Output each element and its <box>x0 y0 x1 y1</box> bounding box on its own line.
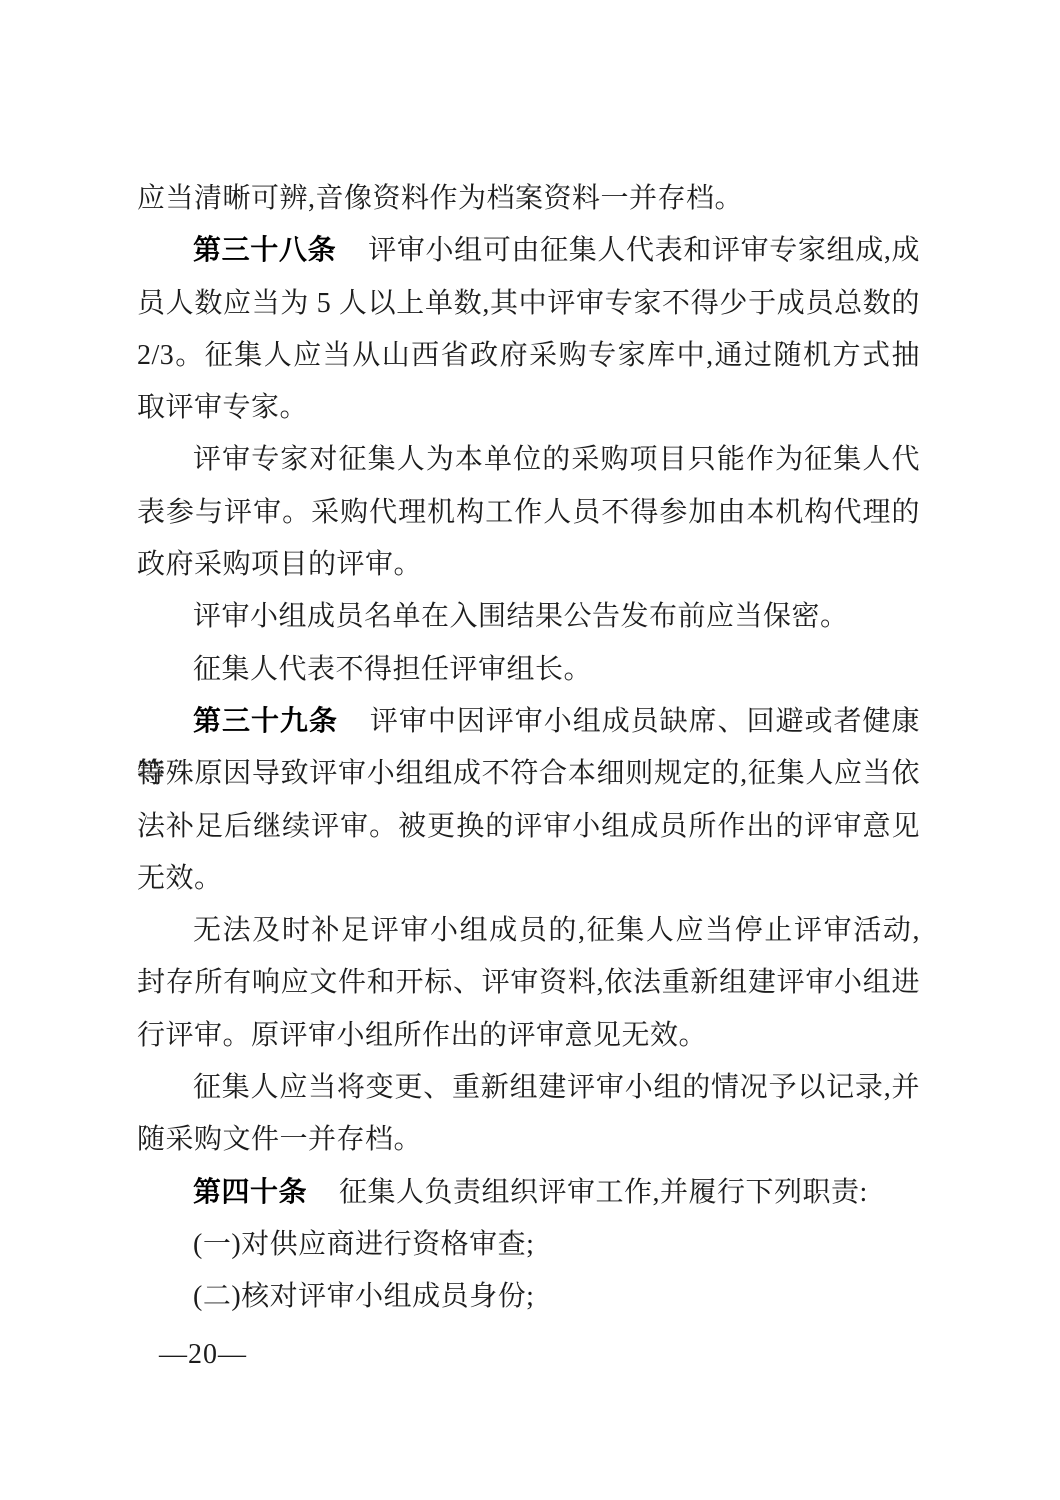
text-line: 随采购文件一并存档。 <box>137 1114 920 1166</box>
line-text: 征集人应当将变更、重新组建评审小组的情况予以记录,并 <box>193 1072 920 1103</box>
text-line: 行评审。原评审小组所作出的评审意见无效。 <box>137 1010 920 1062</box>
text-line: 无效。 <box>137 853 920 905</box>
text-line: 2/3。征集人应当从山西省政府采购专家库中,通过随机方式抽 <box>137 330 920 382</box>
line-text: 无效。 <box>137 863 223 894</box>
article-heading-line: 第三十九条评审中因评审小组成员缺席、回避或者健康等 <box>137 696 920 748</box>
line-text: 行评审。原评审小组所作出的评审意见无效。 <box>137 1020 707 1051</box>
line-text: 法补足后继续评审。被更换的评审小组成员所作出的评审意见 <box>137 811 920 842</box>
line-text: 应当清晰可辨,音像资料作为档案资料一并存档。 <box>137 183 743 214</box>
line-text: 无法及时补足评审小组成员的,征集人应当停止评审活动, <box>193 915 920 946</box>
text-line: 无法及时补足评审小组成员的,征集人应当停止评审活动, <box>137 905 920 957</box>
article-number: 第三十八条 <box>193 235 336 266</box>
text-line: 应当清晰可辨,音像资料作为档案资料一并存档。 <box>137 173 920 225</box>
line-text: 表参与评审。采购代理机构工作人员不得参加由本机构代理的 <box>137 497 920 528</box>
text-line: 征集人代表不得担任评审组长。 <box>137 644 920 696</box>
line-text: 员人数应当为 5 人以上单数,其中评审专家不得少于成员总数的 <box>137 288 920 319</box>
text-line: 法补足后继续评审。被更换的评审小组成员所作出的评审意见 <box>137 801 920 853</box>
text-line: 政府采购项目的评审。 <box>137 539 920 591</box>
text-line: 评审小组成员名单在入围结果公告发布前应当保密。 <box>137 591 920 643</box>
page-number: —20— <box>159 1340 247 1370</box>
article-heading-line: 第四十条征集人负责组织评审工作,并履行下列职责: <box>137 1167 920 1219</box>
document-page: 应当清晰可辨,音像资料作为档案资料一并存档。第三十八条评审小组可由征集人代表和评… <box>0 0 1060 1500</box>
article-number: 第三十九条 <box>193 706 338 737</box>
article-heading-line: 第三十八条评审小组可由征集人代表和评审专家组成,成 <box>137 225 920 277</box>
line-text: (一)对供应商进行资格审查; <box>193 1229 534 1260</box>
text-line: 取评审专家。 <box>137 382 920 434</box>
line-text: 封存所有响应文件和开标、评审资料,依法重新组建评审小组进 <box>137 967 920 998</box>
text-line: 评审专家对征集人为本单位的采购项目只能作为征集人代 <box>137 434 920 486</box>
article-number: 第四十条 <box>193 1177 307 1208</box>
text-line: (一)对供应商进行资格审查; <box>137 1219 920 1271</box>
text-line: (二)核对评审小组成员身份; <box>137 1271 920 1323</box>
text-line: 封存所有响应文件和开标、评审资料,依法重新组建评审小组进 <box>137 957 920 1009</box>
line-text: (二)核对评审小组成员身份; <box>193 1281 534 1312</box>
line-text: 评审小组可由征集人代表和评审专家组成,成 <box>368 235 920 266</box>
text-line: 表参与评审。采购代理机构工作人员不得参加由本机构代理的 <box>137 487 920 539</box>
line-text: 随采购文件一并存档。 <box>137 1124 422 1155</box>
text-line: 征集人应当将变更、重新组建评审小组的情况予以记录,并 <box>137 1062 920 1114</box>
line-text: 评审专家对征集人为本单位的采购项目只能作为征集人代 <box>193 444 920 475</box>
line-text: 2/3。征集人应当从山西省政府采购专家库中,通过随机方式抽 <box>137 340 920 371</box>
line-text: 征集人负责组织评审工作,并履行下列职责: <box>339 1177 868 1208</box>
document-body: 应当清晰可辨,音像资料作为档案资料一并存档。第三十八条评审小组可由征集人代表和评… <box>137 173 920 1324</box>
line-text: 评审小组成员名单在入围结果公告发布前应当保密。 <box>193 601 849 632</box>
line-text: 取评审专家。 <box>137 392 308 423</box>
line-text: 征集人代表不得担任评审组长。 <box>193 654 592 685</box>
text-line: 员人数应当为 5 人以上单数,其中评审专家不得少于成员总数的 <box>137 278 920 330</box>
text-line: 特殊原因导致评审小组组成不符合本细则规定的,征集人应当依 <box>137 748 920 800</box>
line-text: 特殊原因导致评审小组组成不符合本细则规定的,征集人应当依 <box>137 758 920 789</box>
line-text: 政府采购项目的评审。 <box>137 549 422 580</box>
